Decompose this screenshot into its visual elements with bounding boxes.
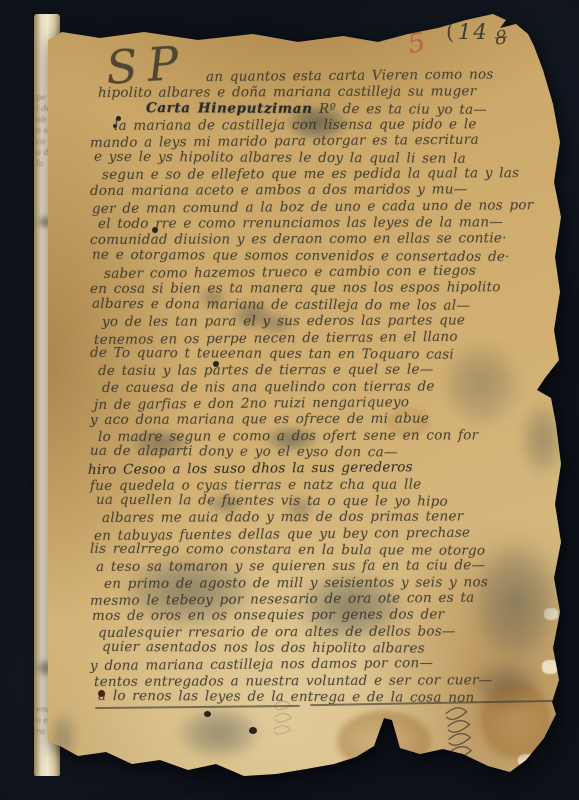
ink-dot bbox=[204, 711, 211, 717]
folio-number-red: 5 bbox=[405, 27, 427, 61]
ink-dot bbox=[249, 727, 257, 734]
folio-stray-mark: ( bbox=[446, 20, 454, 44]
manuscript-line: de tasiu y las partes de tierras e quel … bbox=[88, 361, 558, 379]
manuscript-line: comunidad diuision y es deraon como en e… bbox=[88, 230, 558, 248]
manuscript-line: en cosa si bien es ta manera que nos los… bbox=[88, 279, 558, 297]
paper-sheet: 5 ( 14 8 SP an quantos esta carta Vieren… bbox=[48, 12, 565, 788]
archival-annotation: Carta Hineputziman bbox=[146, 100, 313, 117]
manuscript-line: y aco dona mariana que es ofrece de mi a… bbox=[88, 410, 558, 428]
manuscript-text-block: an quantos esta carta Vieren como nos hi… bbox=[88, 68, 558, 705]
manuscript-line: mos de oros en os onsequies por genes do… bbox=[88, 606, 558, 624]
pen-hatch-mark bbox=[271, 20, 310, 39]
scribble-doodle-faint bbox=[270, 700, 296, 746]
pen-hatch-mark bbox=[303, 10, 335, 26]
ink-stain bbox=[48, 710, 78, 764]
folio-number-crossed: 8 bbox=[494, 26, 508, 49]
photo-background: pe gi de nb ño sa co mo de la eno o en r… bbox=[0, 0, 579, 800]
folio-number: 14 bbox=[458, 20, 489, 44]
water-stain bbox=[320, 700, 448, 782]
pen-hatch-mark bbox=[287, 14, 326, 33]
manuscript-page: 5 ( 14 8 SP an quantos esta carta Vieren… bbox=[48, 12, 565, 788]
manuscript-line: a teso sa tomaron y se quieren sus fa en… bbox=[88, 557, 558, 575]
manuscript-line: hipolito albares e doña mariana castille… bbox=[88, 83, 558, 101]
